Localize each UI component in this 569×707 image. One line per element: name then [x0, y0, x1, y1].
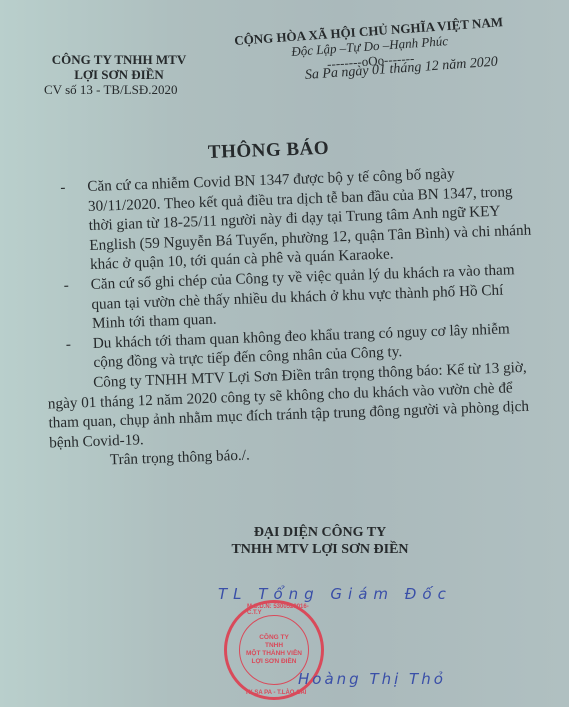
bullet-dash: -: [63, 275, 92, 335]
handwritten-title: TL Tổng Giám Đốc: [218, 585, 452, 603]
company-name-line1: CÔNG TY TNHH MTV: [44, 52, 194, 67]
document-number: CV số 13 - TB/LSĐ.2020: [44, 82, 194, 97]
document-title: THÔNG BÁO: [208, 138, 330, 164]
document-page: CÔNG TY TNHH MTV LỢI SƠN ĐIỀN CV số 13 -…: [0, 0, 569, 707]
bullet-text: Căn cứ ca nhiễm Covid BN 1347 được bộ y …: [87, 162, 533, 275]
document-body: - Căn cứ ca nhiễm Covid BN 1347 được bộ …: [60, 162, 540, 472]
stamp-ring-bottom: TX SA PA - T.LÀO CAI: [245, 690, 306, 696]
bullet-dash: -: [65, 334, 93, 374]
company-header: CÔNG TY TNHH MTV LỢI SƠN ĐIỀN CV số 13 -…: [44, 52, 194, 97]
signature-line1: ĐẠI DIỆN CÔNG TY: [205, 524, 435, 541]
stamp-line4: LỢI SƠN ĐIỀN: [240, 658, 308, 666]
stamp-line2: TNHH: [240, 642, 308, 650]
bullet-item: - Căn cứ ca nhiễm Covid BN 1347 được bộ …: [60, 162, 533, 276]
bullet-dash: -: [60, 177, 90, 276]
signature-block: ĐẠI DIỆN CÔNG TY TNHH MTV LỢI SƠN ĐIỀN: [205, 524, 435, 558]
stamp-line1: CÔNG TY: [240, 634, 308, 642]
company-name-line2: LỢI SƠN ĐIỀN: [44, 67, 194, 82]
handwritten-name: Hoàng Thị Thỏ: [298, 670, 446, 688]
stamp-ring-top: M.S.D.N: 5300520016-C.T.Y: [247, 604, 321, 616]
signature-line2: TNHH MTV LỢI SƠN ĐIỀN: [205, 541, 435, 558]
stamp-line3: MỘT THÀNH VIÊN: [240, 650, 308, 658]
